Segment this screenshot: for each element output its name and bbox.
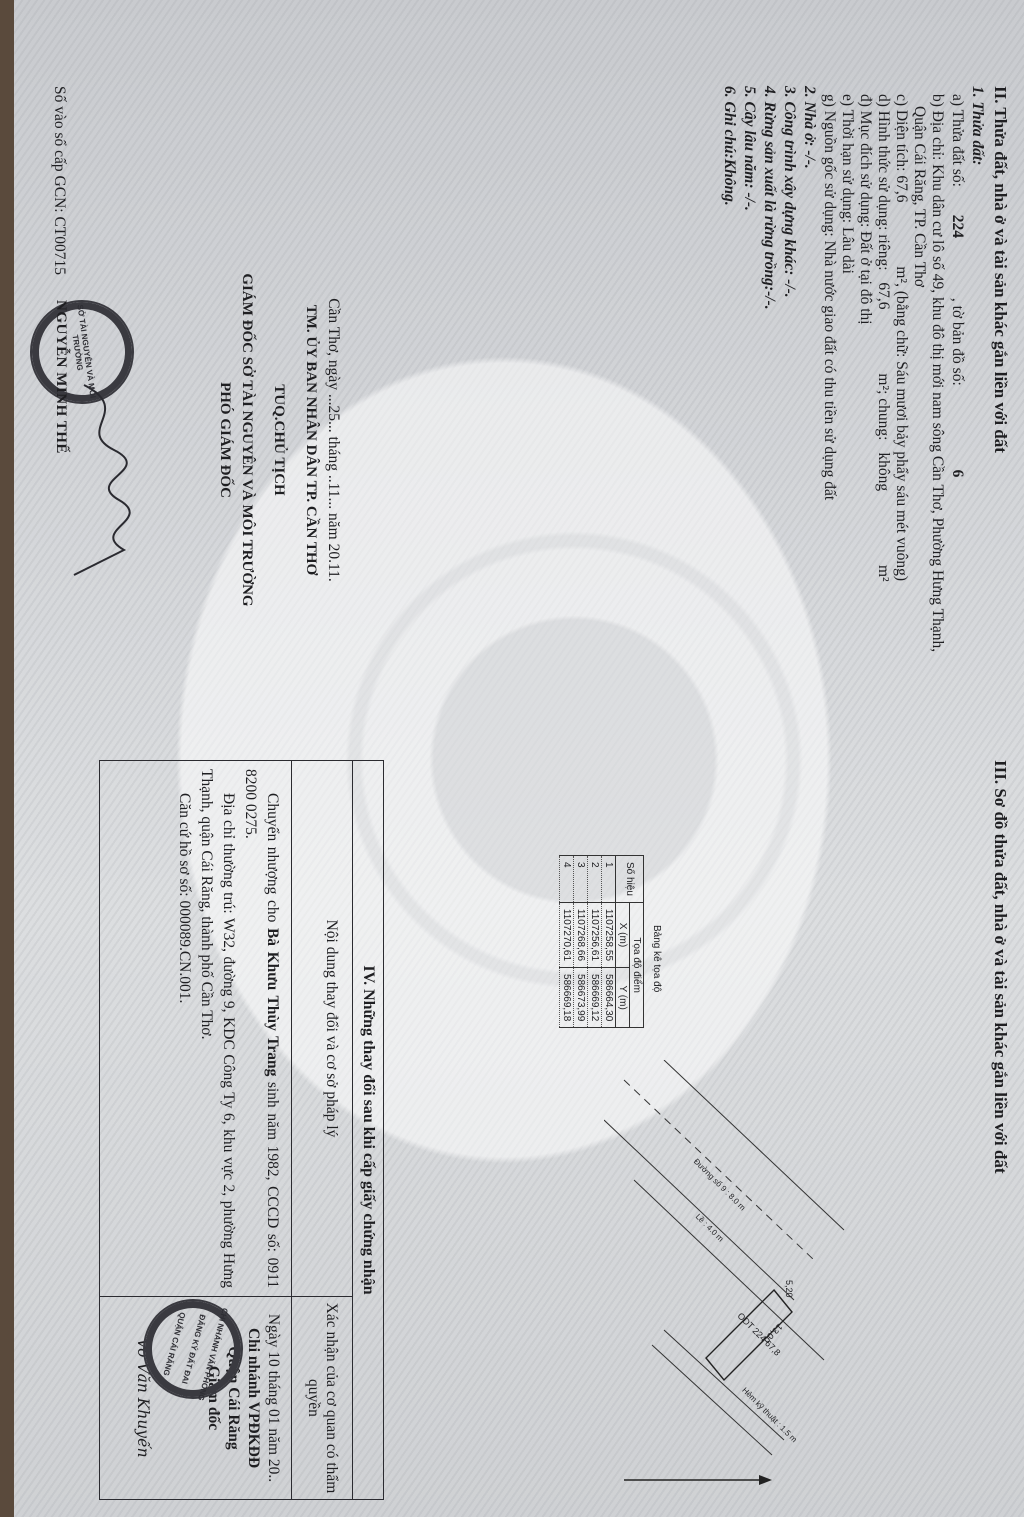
confirm-date: Ngày 10 tháng 01 năm 20.. (263, 1303, 283, 1493)
col-confirm-header: Xác nhận của cơ quan có thẩm quyền (292, 1297, 353, 1500)
house-row: 2. Nhà ở: -/-. (800, 86, 818, 169)
origin-row: g) Nguồn gốc sử dụng: Nhà nước giao đất … (820, 94, 838, 500)
certificate-page: II. Thửa đất, nhà ở và tài sản khác gắn … (14, 0, 1024, 1517)
changes-table: IV. Những thay đổi sau khi cấp giấy chứn… (99, 760, 384, 1500)
dossier-number: Căn cứ hồ sơ số: 000089.CN.001. (173, 769, 195, 1288)
coordinate-row: 21107256,61586669,12 (588, 856, 602, 1028)
coord-table-caption: Bảng kê tọa độ (651, 925, 662, 992)
section2-title: II. Thửa đất, nhà ở và tài sản khác gắn … (990, 86, 1010, 453)
col-content-header: Nội dung thay đổi và cơ sở pháp lý (292, 761, 353, 1297)
section-diagram-and-changes: III. Sơ đồ thửa đất, nhà ở và tài sản kh… (14, 760, 1024, 1500)
coordinate-table: Số hiệu Tọa độ điểm X (m) Y (m) 11107258… (559, 855, 644, 1028)
parcel-heading: 1. Thửa đất: (968, 86, 986, 165)
place-date: Cần Thơ, ngày ...25... tháng ..11... năm… (322, 230, 344, 650)
term: Lâu dài (839, 227, 856, 274)
parcel-diagram: ODT 224 67,8 13,00 5,20 Hẻm kỹ thuật : 1… (604, 1060, 964, 1500)
perennial-row: 5. Cây lâu năm: -/-. (740, 86, 758, 211)
parcel-number-row: a) Thửa đất số: 224 , tờ bản đồ số: 6 (948, 94, 966, 477)
parcel-number: 224 (949, 215, 966, 238)
edge-short-label: 5,20 (784, 1280, 794, 1298)
issuer-position: PHÓ GIÁM ĐỐC (214, 230, 236, 650)
purpose-row: đ) Mục đích sử dụng: Đất ở tại đô thị (856, 94, 874, 325)
origin: Nhà nước giao đất có thu tiền sử dụng đấ… (821, 241, 838, 501)
term-row: e) Thời hạn sử dụng: Lâu dài (838, 94, 856, 274)
coordinate-row: 11107258,55586664,30 (602, 856, 616, 1028)
change-confirmation: Ngày 10 tháng 01 năm 20.. Chi nhánh VPĐK… (100, 1297, 292, 1500)
new-owner-address: Địa chỉ thường trú: W32, đường 9, KDC Cô… (195, 769, 239, 1288)
issuer-signature (64, 380, 144, 580)
map-sheet-number: 6 (949, 470, 966, 478)
area-value: 67,6 (893, 175, 910, 202)
new-owner-name: Bà Khưu Thùy Trang (264, 928, 281, 1076)
address-row: b) Địa chỉ: Khu dân cư lô số 49, khu đô … (928, 94, 946, 652)
use-form-row: d) Hình thức sử dụng: riêng: 67,6 m²; ch… (874, 94, 892, 582)
coordinate-row: 41107270,61586669,18 (560, 856, 574, 1028)
section-land-parcel: II. Thửa đất, nhà ở và tài sản khác gắn … (14, 86, 1024, 786)
issuer-name: NGUYỄN MINH THẾ (52, 300, 69, 454)
section4-title: IV. Những thay đổi sau khi cấp giấy chứn… (353, 761, 384, 1500)
other-works-row: 3. Công trình xây dựng khác: -/-. (780, 86, 798, 298)
area-row: c) Diện tích: 67,6 m², (bằng chữ: Sáu mư… (892, 94, 910, 581)
gcn-entry-number: Số vào sổ cấp GCN: CT00715 (50, 86, 68, 275)
issuer-authorization: TUQ.CHỦ TỊCH (268, 230, 290, 650)
forest-row: 4. Rừng sản xuất là rừng trồng:-/-. (760, 86, 778, 310)
purpose: Đất ở tại đô thị (857, 231, 874, 324)
issuer-org: TM. ỦY BAN NHÂN DÂN TP. CẦN THƠ (300, 230, 322, 650)
address-line2: Quận Cái Răng, TP. Cần Thơ (910, 106, 928, 287)
issuer-signature-block: Cần Thơ, ngày ...25... tháng ..11... năm… (214, 230, 344, 650)
section3-title: III. Sơ đồ thửa đất, nhà ở và tài sản kh… (990, 760, 1010, 1174)
issuer-department: GIÁM ĐỐC SỞ TÀI NGUYÊN VÀ MÔI TRƯỜNG (236, 230, 258, 650)
change-entry: Chuyển nhượng cho Bà Khưu Thùy Trang sin… (100, 761, 292, 1297)
address: Khu dân cư lô số 49, khu đô thị mới nam … (929, 164, 946, 652)
coordinate-row: 31107268,66586673,99 (574, 856, 588, 1028)
notes-row: 6. Ghi chú:Không. (720, 86, 738, 206)
